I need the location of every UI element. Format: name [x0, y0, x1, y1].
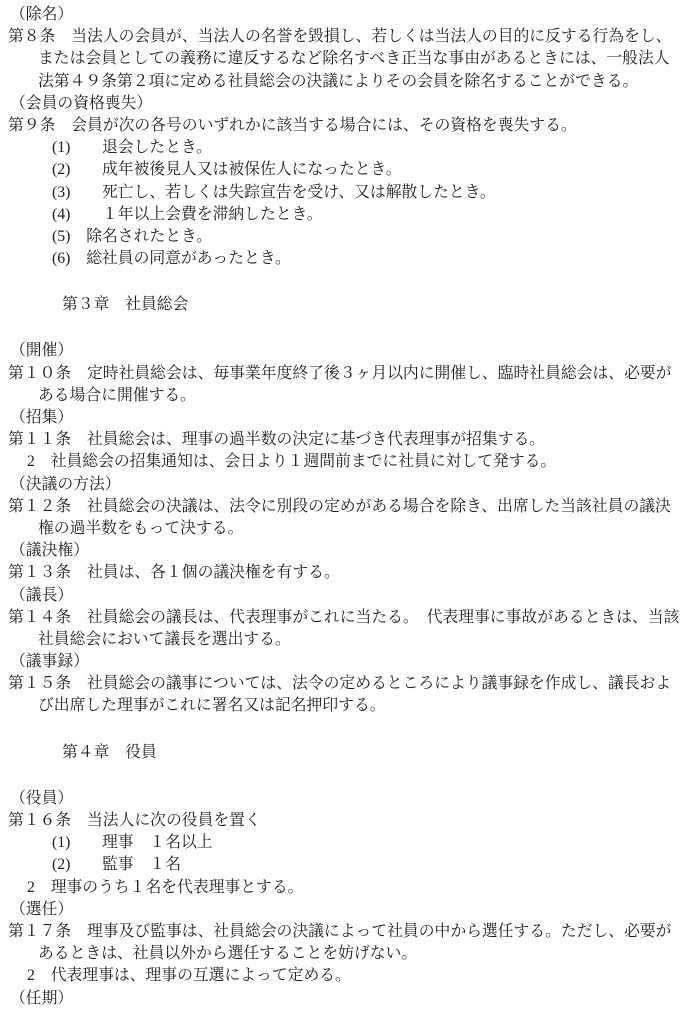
clause-caption: （開催） [10, 340, 691, 362]
article-continuation-line: または会員としての義務に違反するなど除名すべき正当な事由があるときには、一般法人 [38, 48, 691, 70]
article-line: 第１２条 社員総会の決議は、法令に別段の定めがある場合を除き、出席した当該社員の… [8, 496, 691, 518]
article-line: 第９条 会員が次の各号のいずれかに該当する場合には、その資格を喪失する。 [8, 115, 691, 137]
clause-caption: （任期） [10, 988, 691, 1010]
chapter-heading: 第４章 役員 [62, 742, 691, 764]
clause-caption: （役員） [10, 788, 691, 810]
article-line: 第１７条 理事及び監事は、社員総会の決議によって社員の中から選任する。ただし、必… [8, 921, 691, 943]
article-line: 第１１条 社員総会は、理事の過半数の決定に基づき代表理事が招集する。 [8, 429, 691, 451]
clause-caption: （議事録） [10, 651, 691, 673]
clause-caption: （会員の資格喪失） [10, 93, 691, 115]
enumerated-item-line: (6) 総社員の同意があったとき。 [52, 248, 691, 270]
article-line: 第８条 当法人の会員が、当法人の名誉を毀損し、若しくは当法人の目的に反する行為を… [8, 26, 691, 48]
enumerated-item-line: (1) 理事 １名以上 [52, 832, 691, 854]
article-line: 第１３条 社員は、各１個の議決権を有する。 [8, 562, 691, 584]
clause-caption: （議長） [10, 585, 691, 607]
clause-caption: （選任） [10, 899, 691, 921]
clause-caption: （決議の方法） [10, 474, 691, 496]
clause-caption: （除名） [10, 4, 691, 26]
enumerated-item-line: (2) 監事 １名 [52, 854, 691, 876]
enumerated-item-line: (2) 成年被後見人又は被保佐人になったとき。 [52, 159, 691, 181]
blank-line [0, 270, 691, 294]
blank-line [0, 764, 691, 788]
clause-caption: （議決権） [10, 540, 691, 562]
enumerated-item-line: (4) １年以上会費を滞納したとき。 [52, 204, 691, 226]
subparagraph-line: 2 理事のうち１名を代表理事とする。 [27, 877, 691, 899]
blank-line [0, 718, 691, 742]
article-line: 第１５条 社員総会の議事については、法令の定めるところにより議事録を作成し、議長… [8, 673, 691, 695]
blank-line [0, 316, 691, 340]
enumerated-item-line: (1) 退会したとき。 [52, 137, 691, 159]
article-continuation-line: ある場合に開催する。 [38, 385, 691, 407]
article-line: 第１４条 社員総会の議長は、代表理事がこれに当たる。 代表理事に事故があるときは… [8, 607, 691, 629]
article-continuation-line: 権の過半数をもって決する。 [38, 518, 691, 540]
subparagraph-line: 2 代表理事は、理事の互選によって定める。 [27, 965, 691, 987]
clause-caption: （招集） [10, 407, 691, 429]
chapter-heading: 第３章 社員総会 [62, 294, 691, 316]
article-continuation-line: び出席した理事がこれに署名又は記名押印する。 [38, 695, 691, 717]
article-line: 第１６条 当法人に次の役員を置く [8, 810, 691, 832]
article-continuation-line: 法第４９条第２項に定める社員総会の決議によりその会員を除名することができる。 [38, 71, 691, 93]
enumerated-item-line: (5) 除名されたとき。 [52, 226, 691, 248]
enumerated-item-line: (3) 死亡し、若しくは失踪宣告を受け、又は解散したとき。 [52, 182, 691, 204]
bylaws-document-page: （除名）第８条 当法人の会員が、当法人の名誉を毀損し、若しくは当法人の目的に反す… [0, 0, 691, 1023]
article-line: 第１０条 定時社員総会は、毎事業年度終了後３ヶ月以内に開催し、臨時社員総会は、必… [8, 363, 691, 385]
article-continuation-line: 社員総会において議長を選出する。 [38, 629, 691, 651]
article-continuation-line: あるときは、社員以外から選任することを妨げない。 [38, 943, 691, 965]
document-body: （除名）第８条 当法人の会員が、当法人の名誉を毀損し、若しくは当法人の目的に反す… [0, 4, 691, 1010]
subparagraph-line: 2 社員総会の招集通知は、会日より１週間前までに社員に対して発する。 [27, 451, 691, 473]
